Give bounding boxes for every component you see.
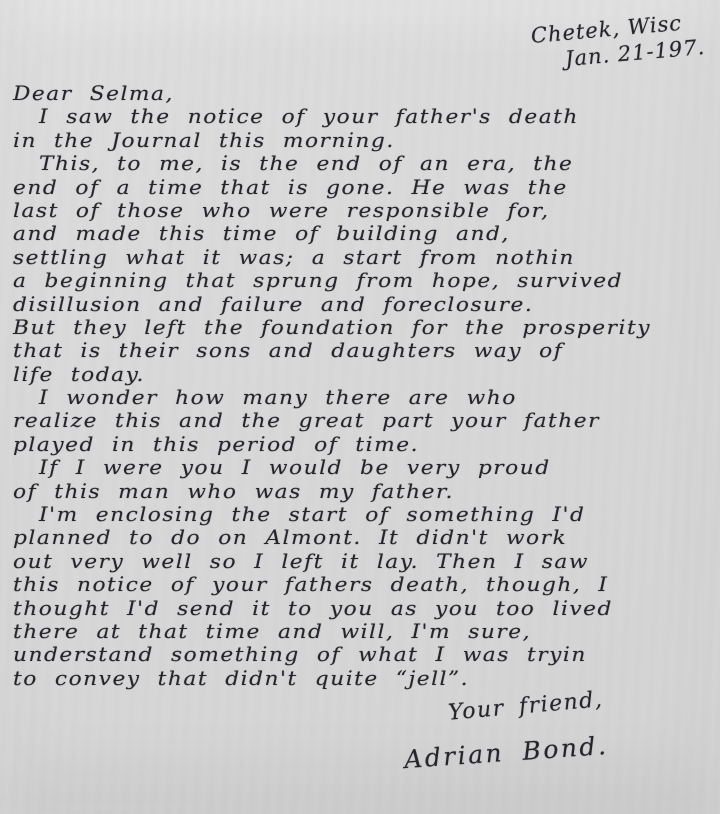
letter-line: there at that time and will, I'm sure, bbox=[13, 620, 716, 643]
letter-line: planned to do on Almont. It didn't work bbox=[13, 526, 716, 549]
letter-line: this notice of your fathers death, thoug… bbox=[13, 573, 716, 596]
letter-line: last of those who were responsible for, bbox=[13, 199, 716, 222]
letter-line: This, to me, is the end of an era, the bbox=[13, 152, 716, 175]
letter-line: in the Journal this morning. bbox=[13, 129, 716, 152]
letter-line: of this man who was my father. bbox=[13, 480, 716, 503]
letter-line: understand something of what I was tryin bbox=[13, 643, 716, 666]
letter-line: realize this and the great part your fat… bbox=[13, 409, 716, 432]
letter-line: thought I'd send it to you as you too li… bbox=[13, 597, 716, 620]
letter-line: end of a time that is gone. He was the bbox=[13, 176, 716, 199]
letter-line: to convey that didn't quite “jell”. bbox=[13, 667, 716, 690]
letter-line: settling what it was; a start from nothi… bbox=[13, 246, 716, 269]
signature: Adrian Bond. bbox=[403, 731, 609, 774]
letter-body: Dear Selma, I saw the notice of your fat… bbox=[13, 82, 716, 690]
letter-line: disillusion and failure and foreclosure. bbox=[13, 293, 716, 316]
letter-line: I wonder how many there are who bbox=[13, 386, 716, 409]
letter-line: life today. bbox=[13, 363, 716, 386]
letter-page: Chetek, Wisc Jan. 21-197. Dear Selma, I … bbox=[0, 0, 720, 814]
salutation: Dear Selma, bbox=[13, 82, 716, 105]
letter-line: a beginning that sprung from hope, survi… bbox=[13, 269, 716, 292]
letter-line: But they left the foundation for the pro… bbox=[13, 316, 716, 339]
letter-line: out very well so I left it lay. Then I s… bbox=[13, 550, 716, 573]
letter-closing: Your friend, bbox=[447, 687, 604, 725]
letter-line: I saw the notice of your father's death bbox=[13, 105, 716, 128]
letter-line: that is their sons and daughters way of bbox=[13, 339, 716, 362]
letter-line: If I were you I would be very proud bbox=[13, 456, 716, 479]
letter-line: and made this time of building and, bbox=[13, 222, 716, 245]
letter-line: I'm enclosing the start of something I'd bbox=[13, 503, 716, 526]
letter-line: played in this period of time. bbox=[13, 433, 716, 456]
letter-heading: Chetek, Wisc Jan. 21-197. bbox=[530, 9, 706, 74]
